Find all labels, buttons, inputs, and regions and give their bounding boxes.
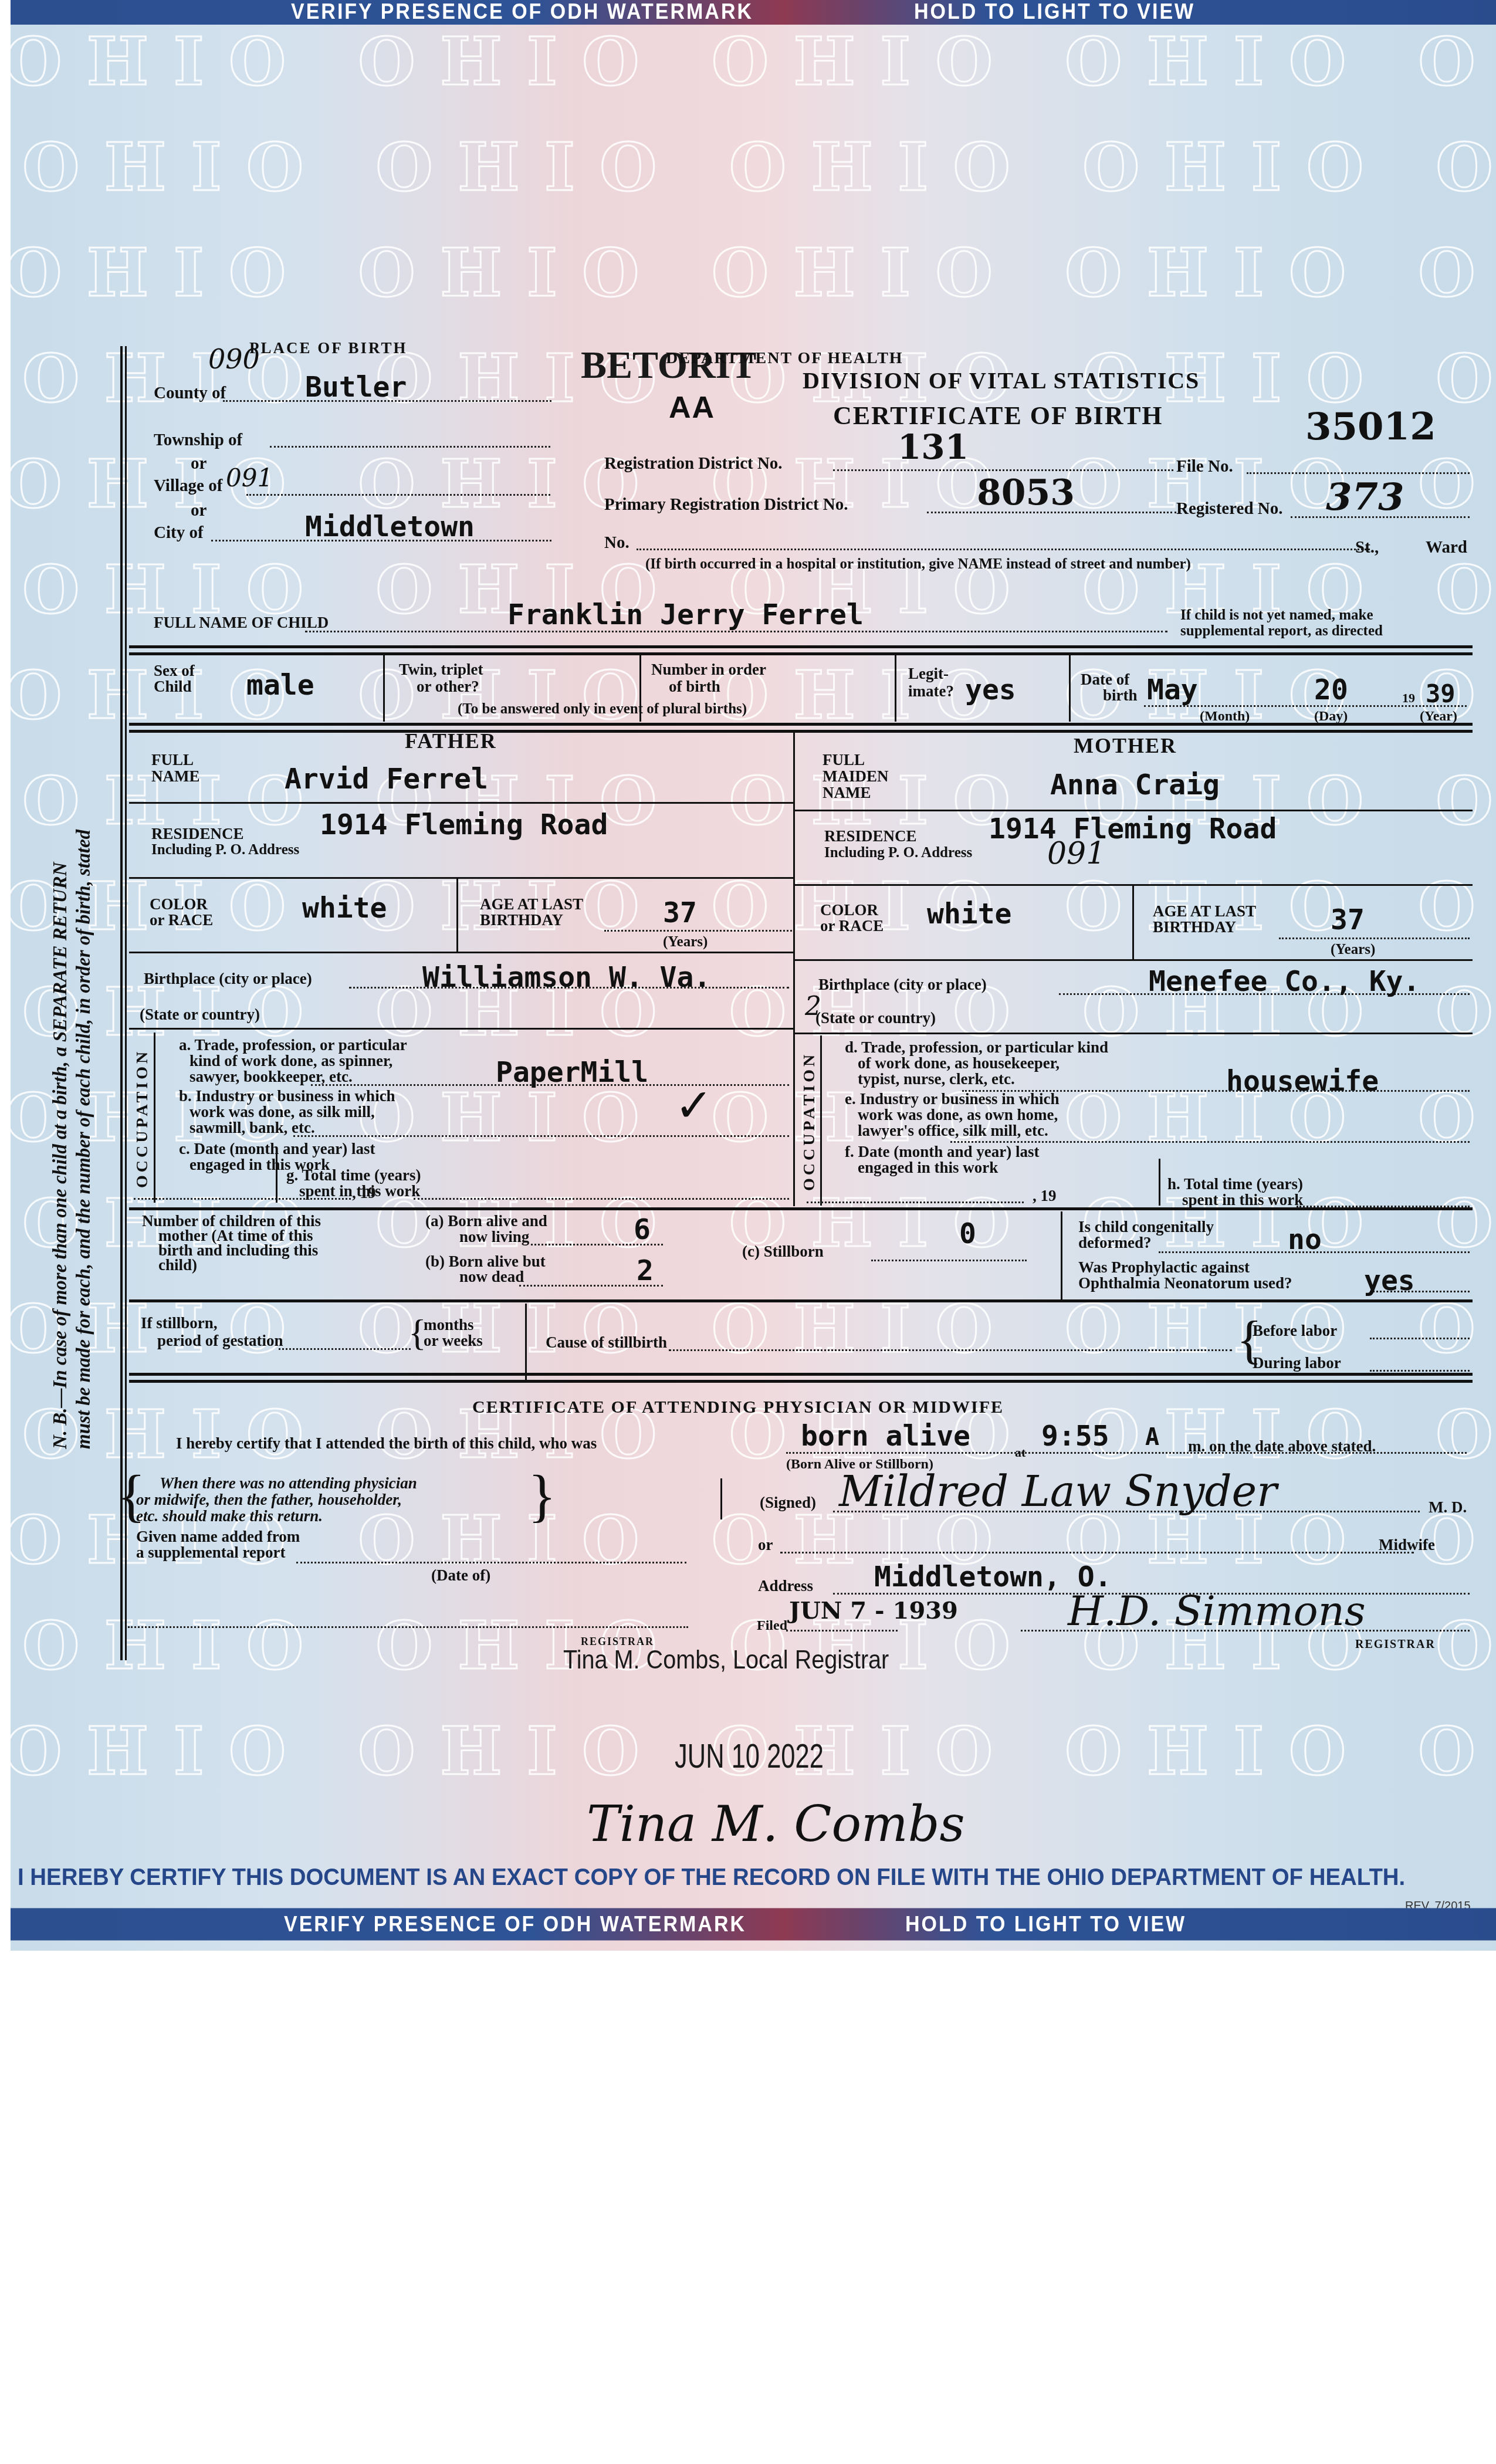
alive-dead-value: 2	[637, 1254, 654, 1287]
during-labor-label: During labor	[1253, 1355, 1341, 1371]
divider	[1159, 1159, 1160, 1206]
father-color-label-2: or RACE	[150, 912, 213, 928]
mother-heading: MOTHER	[1074, 733, 1177, 758]
occ-b-line3: sawmill, bank, etc.	[189, 1120, 315, 1136]
alive-dead-label-1: (b) Born alive but	[425, 1254, 546, 1270]
divider	[154, 1033, 155, 1203]
signed-label: (Signed)	[760, 1495, 816, 1511]
dob-year-prefix: 19	[1402, 690, 1415, 706]
issue-date-stamp: JUN 10 2022	[675, 1737, 824, 1776]
father-color-label-1: COLOR	[150, 896, 208, 912]
before-labor-line	[1370, 1338, 1470, 1339]
mother-date-line	[807, 1201, 1024, 1203]
stamp-code: AA	[669, 390, 715, 425]
stillborn-line	[871, 1260, 1027, 1261]
during-labor-line	[1370, 1370, 1470, 1372]
cause-line	[669, 1349, 1232, 1351]
township-label: Township of	[154, 431, 242, 449]
divider	[129, 877, 793, 879]
divider	[129, 1373, 1473, 1376]
occ-h-line2: spent in this work	[1182, 1192, 1303, 1208]
occ-d-line1: d. Trade, profession, or particular kind	[845, 1040, 1108, 1055]
divider	[129, 652, 1473, 655]
registrar-certification-signature: Tina M. Combs	[587, 1795, 965, 1853]
occ-a-line2: kind of work done, as spinner,	[189, 1053, 392, 1069]
dob-year: 39	[1426, 679, 1456, 708]
mother-state-label: (State or country)	[815, 1010, 936, 1026]
primary-registration-label: Primary Registration District No.	[604, 496, 848, 513]
place-of-birth-label: PLACE OF BIRTH	[249, 340, 408, 356]
cause-of-stillbirth-label: Cause of stillbirth	[546, 1335, 667, 1351]
prophylactic-value: yes	[1364, 1264, 1415, 1297]
divider	[525, 1304, 527, 1380]
father-heading: FATHER	[405, 729, 497, 753]
mother-birthplace-label: Birthplace (city or place)	[818, 977, 987, 993]
not-named-note-2: supplemental report, as directed	[1180, 623, 1383, 639]
not-named-note-1: If child is not yet named, make	[1180, 607, 1373, 623]
filed-label: Filed	[757, 1618, 787, 1634]
father-occupation-value: PaperMill	[496, 1056, 648, 1089]
mother-color-label-1: COLOR	[820, 902, 878, 918]
dob-line	[1144, 705, 1467, 707]
mother-age-label-2: BIRTHDAY	[1153, 919, 1236, 935]
mother-name-label-1: FULL	[823, 752, 865, 768]
father-total-time-line	[414, 1198, 789, 1200]
stillborn-label: (c) Stillborn	[742, 1244, 824, 1260]
father-occupation-side-label: OCCUPATION	[134, 1049, 151, 1188]
gestation-label-2: period of gestation	[157, 1333, 283, 1349]
plural-births-note: (To be answered only in event of plural …	[458, 701, 747, 717]
divider	[129, 1380, 1473, 1383]
top-verify-banner: VERIFY PRESENCE OF ODH WATERMARK HOLD TO…	[11, 0, 1496, 25]
before-labor-label: Before labor	[1253, 1323, 1337, 1339]
months-label: months	[424, 1317, 474, 1333]
banner-verify-text: VERIFY PRESENCE OF ODH WATERMARK	[291, 0, 753, 25]
legitimate-value: yes	[965, 673, 1016, 706]
division-of-vital-statistics: DIVISION OF VITAL STATISTICS	[803, 367, 1200, 394]
mother-residence-label-2: Including P. O. Address	[824, 845, 972, 861]
bottom-verify-banner: VERIFY PRESENCE OF ODH WATERMARK HOLD TO…	[11, 1908, 1496, 1941]
occ-b-line2: work was done, as silk mill,	[189, 1104, 375, 1120]
local-registrar-name: Tina M. Combs, Local Registrar	[563, 1646, 889, 1675]
mother-birthplace-value: Menefee Co., Ky.	[1149, 965, 1420, 998]
primary-registration-value: 8053	[977, 472, 1075, 513]
registrar-signature: H.D. Simmons	[1068, 1587, 1366, 1635]
year-label: (Year)	[1420, 709, 1457, 725]
street-line	[637, 549, 1370, 550]
father-residence-label-1: RESIDENCE	[151, 826, 244, 842]
city-label: City of	[154, 524, 204, 541]
weeks-label: or weeks	[424, 1333, 483, 1349]
parents-divider	[793, 731, 795, 1206]
birth-time-value: 9:55	[1041, 1420, 1109, 1453]
watermark-row: OHIO OHIO OHIO OHIO OHIO OHIO OHIO OHIO …	[11, 868, 1496, 945]
county-value: Butler	[305, 371, 407, 404]
registered-no-label: Registered No.	[1176, 500, 1282, 517]
divider	[720, 1478, 722, 1519]
mother-age-label-1: AGE AT LAST	[1153, 903, 1256, 919]
legit-label-2: imate?	[908, 683, 954, 699]
gestation-label-1: If stillborn,	[141, 1315, 218, 1331]
given-name-line	[296, 1562, 686, 1563]
or-label: or	[758, 1537, 773, 1553]
alive-living-label-2: now living	[459, 1229, 529, 1245]
mother-occupation-value: housewife	[1226, 1065, 1379, 1098]
mother-residence-label-1: RESIDENCE	[824, 828, 917, 844]
county-code: 090	[208, 343, 260, 375]
watermark-row: OHIO OHIO OHIO OHIO OHIO OHIO OHIO OHIO …	[11, 235, 1496, 312]
filed-date-stamp: JUN 7 - 1939	[789, 1597, 958, 1624]
date-above-stated: m. on the date above stated.	[1188, 1439, 1376, 1454]
father-birthplace-label: Birthplace (city or place)	[144, 971, 312, 987]
divider	[793, 810, 1473, 811]
occ-e-line3: lawyer's office, silk mill, etc.	[858, 1123, 1048, 1139]
occ-e-line2: work was done, as own home,	[858, 1107, 1058, 1123]
file-number-stamp: 35012	[1305, 405, 1436, 449]
mother-age-value: 37	[1331, 903, 1365, 936]
father-residence-label-2: Including P. O. Address	[151, 842, 299, 858]
occ-d-line3: typist, nurse, clerk, etc.	[858, 1071, 1015, 1087]
occ-a-line3: sawyer, bookkeeper, etc.	[189, 1069, 353, 1085]
occ-d-line2: of work done, as housekeeper,	[858, 1055, 1060, 1071]
father-residence-value: 1914 Fleming Road	[320, 808, 608, 841]
occ-f-line1: f. Date (month and year) last	[845, 1144, 1039, 1160]
divider	[456, 878, 458, 952]
hospital-note: (If birth occurred in a hospital or inst…	[645, 556, 1191, 572]
md-label: M. D.	[1429, 1500, 1467, 1515]
mother-name-value: Anna Craig	[1050, 769, 1220, 801]
alive-dead-label-2: now dead	[459, 1269, 524, 1285]
watermark-row: OHIO OHIO OHIO OHIO OHIO OHIO OHIO OHIO …	[11, 23, 1496, 100]
deformed-value: no	[1288, 1223, 1322, 1256]
file-no-label: File No.	[1176, 458, 1233, 475]
or-label-2: or	[191, 502, 207, 519]
prophylactic-label-2: Ophthalmia Neonatorum used?	[1078, 1275, 1292, 1291]
mother-occupation-side-label: OCCUPATION	[801, 1052, 818, 1191]
mother-age-line	[1279, 937, 1470, 939]
department-of-health: DEPARTMENT OF HEALTH	[666, 349, 903, 368]
mother-name-label-2: MAIDEN	[823, 769, 889, 784]
occ-g-line1: g. Total time (years)	[286, 1167, 421, 1183]
checkmark-icon: ✓	[675, 1079, 713, 1132]
stillborn-value: 0	[959, 1217, 976, 1250]
sex-label-2: Child	[154, 679, 192, 695]
sex-value: male	[246, 669, 314, 702]
certificate-title: CERTIFICATE OF BIRTH	[833, 401, 1163, 431]
gestation-line	[279, 1348, 411, 1350]
banner-hold-text: HOLD TO LIGHT TO VIEW	[914, 0, 1195, 25]
alive-living-label-1: (a) Born alive and	[425, 1213, 547, 1229]
ward-label: Ward	[1426, 539, 1467, 556]
brace-note-close: }	[528, 1467, 556, 1525]
given-name-label-2: a supplemental report	[136, 1545, 286, 1561]
registration-district-value: 131	[898, 427, 969, 467]
divider	[383, 654, 385, 722]
divider	[129, 1299, 1473, 1302]
dob-month: May	[1147, 673, 1198, 706]
street-no-label: No.	[604, 534, 629, 551]
order-label-2: of birth	[669, 679, 720, 695]
occ-h-line1: h. Total time (years)	[1167, 1176, 1303, 1192]
divider	[820, 1035, 822, 1206]
day-label: (Day)	[1314, 709, 1348, 725]
father-state-label: (State or country)	[140, 1007, 260, 1023]
father-age-line	[604, 930, 792, 932]
dob-label-2: birth	[1103, 688, 1138, 703]
occ-e-line1: e. Industry or business in which	[845, 1091, 1060, 1107]
child-name-label: FULL NAME OF CHILD	[154, 615, 329, 631]
township-line	[270, 446, 550, 448]
dob-day: 20	[1314, 673, 1348, 706]
occ-f-year-prefix: , 19	[1033, 1188, 1057, 1204]
city-value: Middletown	[305, 510, 475, 543]
mother-years-label: (Years)	[1331, 942, 1375, 957]
divider	[129, 1028, 793, 1030]
village-line	[246, 494, 550, 496]
side-note-line1: N. B.—In case of more than one child at …	[52, 862, 69, 1449]
county-label: County of	[154, 384, 226, 402]
date-of-label: (Date of)	[431, 1568, 490, 1583]
midwife-line	[780, 1552, 1414, 1553]
mother-color-label-2: or RACE	[820, 918, 884, 934]
file-no-line	[1247, 472, 1470, 474]
father-age-value: 37	[663, 896, 697, 929]
occ-b-line1: b. Industry or business in which	[179, 1088, 395, 1104]
divider	[129, 802, 793, 804]
father-industry-line	[293, 1135, 789, 1137]
occ-a-line1: a. Trade, profession, or particular	[179, 1037, 407, 1053]
mother-color-value: white	[927, 898, 1012, 930]
deformed-label-1: Is child congenitally	[1078, 1219, 1214, 1235]
address-label: Address	[758, 1578, 813, 1594]
father-name-value: Arvid Ferrel	[285, 763, 488, 796]
sex-label-1: Sex of	[154, 663, 195, 679]
alive-living-value: 6	[634, 1213, 651, 1246]
father-birthplace-value: Williamson W. Va.	[422, 961, 710, 994]
divider	[129, 952, 793, 953]
father-color-value: white	[302, 892, 387, 925]
divider	[793, 959, 1473, 961]
divider	[1061, 1211, 1062, 1299]
father-name-label-1: FULL	[151, 752, 194, 768]
filed-line	[786, 1630, 898, 1632]
at-label: at	[1015, 1444, 1025, 1460]
registrar-label: REGISTRAR	[1355, 1637, 1436, 1653]
side-note-line2: must be made for each, and the number of…	[75, 830, 93, 1449]
registration-district-line	[833, 469, 1173, 471]
divider	[129, 1207, 1473, 1210]
divider	[1069, 654, 1071, 722]
twin-label-2: or other?	[417, 679, 479, 695]
village-code: 091	[226, 463, 273, 492]
physician-heading: CERTIFICATE OF ATTENDING PHYSICIAN OR MI…	[472, 1397, 1004, 1417]
mother-residence-value: 1914 Fleming Road	[989, 813, 1277, 845]
banner-hold-text: HOLD TO LIGHT TO VIEW	[905, 1908, 1186, 1941]
father-age-label-1: AGE AT LAST	[480, 896, 583, 912]
no-physician-note-1: When there was no attending physician	[160, 1475, 417, 1491]
divider	[895, 654, 896, 722]
dob-label-1: Date of	[1081, 672, 1129, 688]
mother-name-label-3: NAME	[823, 785, 871, 801]
order-label-1: Number in order	[651, 662, 766, 678]
divider	[129, 730, 1473, 733]
month-label: (Month)	[1200, 709, 1250, 725]
child-name-value: Franklin Jerry Ferrel	[507, 598, 864, 631]
midwife-label: Midwife	[1379, 1537, 1435, 1553]
divider	[1132, 886, 1134, 959]
divider	[276, 1150, 277, 1203]
given-name-label-1: Given name added from	[136, 1529, 300, 1545]
street-st-label: St.,	[1355, 539, 1379, 556]
no-physician-note-3: etc. should make this return.	[136, 1508, 323, 1524]
physician-signature: Mildred Law Snyder	[839, 1467, 1277, 1516]
or-label-1: or	[191, 455, 207, 472]
certify-text: I hereby certify that I attended the bir…	[176, 1436, 597, 1451]
village-label: Village of	[154, 477, 222, 495]
occ-g-line2: spent in this work	[299, 1183, 420, 1199]
watermark-row: OHIO OHIO OHIO OHIO OHIO OHIO OHIO OHIO …	[22, 129, 1496, 206]
certification-statement: I HEREBY CERTIFY THIS DOCUMENT IS AN EXA…	[18, 1864, 1405, 1891]
date-of-line	[128, 1626, 688, 1628]
father-years-label: (Years)	[663, 934, 708, 950]
registered-no-value: 373	[1326, 475, 1404, 519]
legit-label-1: Legit-	[908, 666, 949, 682]
am-pm-value: A	[1145, 1424, 1159, 1451]
divider	[129, 723, 1473, 726]
banner-verify-text: VERIFY PRESENCE OF ODH WATERMARK	[284, 1908, 746, 1941]
divider	[129, 645, 1473, 648]
registration-district-label: Registration District No.	[604, 455, 783, 472]
divider	[793, 1033, 1473, 1034]
no-physician-note-2: or midwife, then the father, householder…	[136, 1492, 402, 1508]
father-age-label-2: BIRTHDAY	[480, 912, 563, 928]
father-name-label-2: NAME	[151, 769, 200, 784]
birth-status-value: born alive	[801, 1420, 970, 1453]
prophylactic-label-1: Was Prophylactic against	[1078, 1260, 1250, 1275]
occ-f-line2: engaged in this work	[858, 1160, 998, 1176]
twin-label-1: Twin, triplet	[399, 662, 483, 678]
deformed-label-2: deformed?	[1078, 1235, 1151, 1251]
children-label-4: child)	[158, 1257, 197, 1273]
